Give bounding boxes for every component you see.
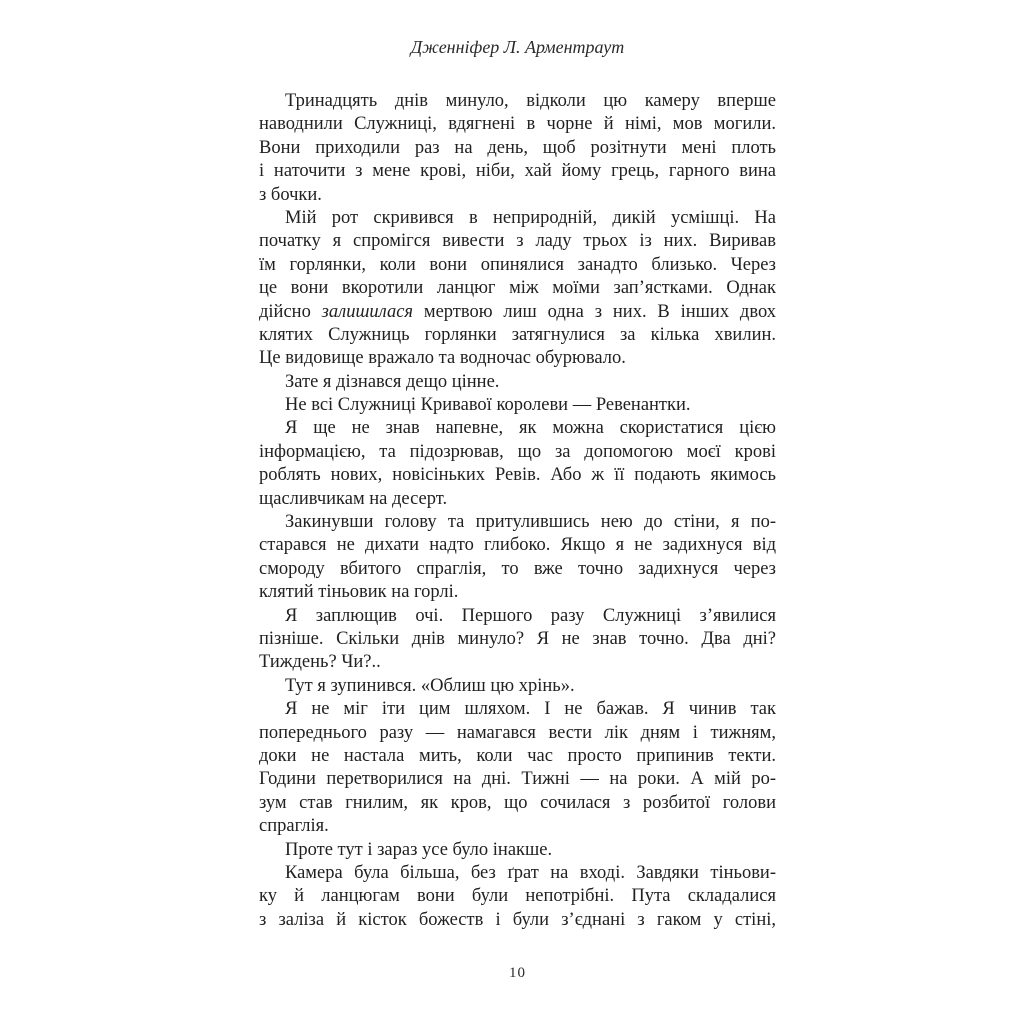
text-line: з заліза й кісток божеств і були з’єднан… [259,909,776,932]
text-line: наводнили Служниці, вдягнені в чорне й н… [259,113,776,136]
text-line: Камера була більша, без ґрат на вході. З… [259,862,776,885]
text-line: Години перетворилися на дні. Тижні — на … [259,768,776,791]
text-line: Це видовище вражало та водночас обурювал… [259,347,776,370]
text-line: Я ще не знав напевне, як можна скористат… [259,417,776,440]
text-line: з бочки. [259,184,776,207]
text-line: Тиждень? Чи?.. [259,651,776,674]
text-line: і наточити з мене крові, ніби, хай йому … [259,160,776,183]
body-text-block: Тринадцять днів минуло, відколи цю камер… [259,90,776,932]
text-line: їм горлянки, коли вони опинялися занадто… [259,254,776,277]
text-line: це вони вкоротили ланцюг між моїми зап’я… [259,277,776,300]
text-line: смороду вбитого спраглія, то вже точно з… [259,558,776,581]
text-line: доки не настала мить, коли час просто пр… [259,745,776,768]
text-line: пізніше. Скільки днів минуло? Я не знав … [259,628,776,651]
text-line: Я заплющив очі. Першого разу Служниці з’… [259,605,776,628]
text-line: клятий тіньовик на горлі. [259,581,776,604]
book-page: Дженніфер Л. Арментраут Тринадцять днів … [0,0,1024,1024]
text-line: Проте тут і зараз усе було інакше. [259,839,776,862]
text-line: Вони приходили раз на день, щоб розітнут… [259,137,776,160]
text-line: дійсно залишилася мертвою лиш одна з них… [259,301,776,324]
text-line: Закинувши голову та притулившись нею до … [259,511,776,534]
text-line: попереднього разу — намагався вести лік … [259,722,776,745]
text-line: Мій рот скривився в неприродній, дикій у… [259,207,776,230]
page-number: 10 [259,965,776,982]
text-line: Зате я дізнався дещо цінне. [259,371,776,394]
text-line: Не всі Служниці Кривавої королеви — Реве… [259,394,776,417]
text-line: Тут я зупинився. «Облиш цю хрінь». [259,675,776,698]
text-line: початку я спромігся вивести з ладу трьох… [259,230,776,253]
running-header-author: Дженніфер Л. Арментраут [259,36,776,58]
text-line: зум став гнилим, як кров, що сочилася з … [259,792,776,815]
text-line: спраглія. [259,815,776,838]
text-line: Я не міг іти цим шляхом. І не бажав. Я ч… [259,698,776,721]
text-line: інформацією, та підозрював, що за допомо… [259,441,776,464]
text-line: Тринадцять днів минуло, відколи цю камер… [259,90,776,113]
text-line: старався не дихати надто глибоко. Якщо я… [259,534,776,557]
text-line: роблять нових, новісіньких Ревів. Або ж … [259,464,776,487]
text-line: ку й ланцюгам вони були непотрібні. Пута… [259,885,776,908]
text-line: клятих Служниць горлянки затягнулися за … [259,324,776,347]
text-line: щасливчикам на десерт. [259,488,776,511]
